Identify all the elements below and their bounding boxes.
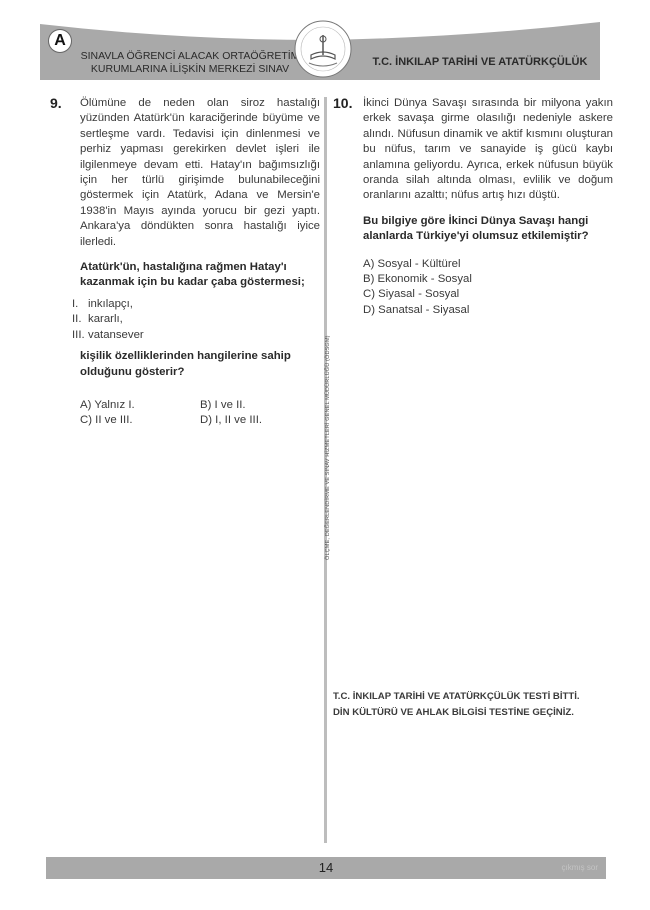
question-10: İkinci Dünya Savaşı sırasında bir milyon… bbox=[363, 96, 613, 318]
statement: II.kararlı, bbox=[72, 312, 320, 327]
option-d[interactable]: D) I, II ve III. bbox=[200, 413, 320, 428]
question-10-question: Bu bilgiye göre İkinci Dünya Savaşı hang… bbox=[363, 214, 613, 245]
option-d[interactable]: D) Sanatsal - Siyasal bbox=[363, 303, 613, 318]
exam-title: SINAVLA ÖĞRENCİ ALACAK ORTAÖĞRETİM KURUM… bbox=[70, 50, 310, 76]
option-a[interactable]: A) Sosyal - Kültürel bbox=[363, 257, 613, 272]
question-10-number: 10. bbox=[333, 95, 352, 111]
question-9-statements: I.inkılapçı, II.kararlı, III.vatansever bbox=[72, 297, 320, 343]
option-c[interactable]: C) II ve III. bbox=[80, 413, 200, 428]
question-9-options: A) Yalnız I. B) I ve II. C) II ve III. D… bbox=[80, 398, 320, 429]
question-10-stem: İkinci Dünya Savaşı sırasında bir milyon… bbox=[363, 96, 613, 204]
subject-title: T.C. İNKILAP TARİHİ VE ATATÜRKÇÜLÜK bbox=[360, 56, 600, 68]
option-a[interactable]: A) Yalnız I. bbox=[80, 398, 200, 413]
question-9-prompt: Atatürk'ün, hastalığına rağmen Hatay'ı k… bbox=[80, 260, 320, 291]
option-b[interactable]: B) I ve II. bbox=[200, 398, 320, 413]
test-end-note: T.C. İNKILAP TARİHİ VE ATATÜRKÇÜLÜK TEST… bbox=[333, 689, 580, 721]
statement: III.vatansever bbox=[72, 328, 320, 343]
option-c[interactable]: C) Siyasal - Sosyal bbox=[363, 287, 613, 302]
page-number: 14 bbox=[46, 860, 606, 875]
booklet-badge: A bbox=[49, 30, 71, 52]
side-label: ÖLÇME, DEĞERLENDİRME VE SINAV HİZMETLERİ… bbox=[325, 335, 331, 560]
question-9-question: kişilik özelliklerinden hangilerine sahi… bbox=[80, 349, 320, 380]
option-b[interactable]: B) Ekonomik - Sosyal bbox=[363, 272, 613, 287]
footer-watermark: çıkmış sor bbox=[562, 863, 598, 872]
question-9: Ölümüne de neden olan siroz hastalığı yü… bbox=[80, 96, 320, 429]
question-9-stem: Ölümüne de neden olan siroz hastalığı yü… bbox=[80, 96, 320, 250]
page-footer: 14 çıkmış sor bbox=[46, 857, 606, 879]
statement: I.inkılapçı, bbox=[72, 297, 320, 312]
question-10-options: A) Sosyal - Kültürel B) Ekonomik - Sosya… bbox=[363, 257, 613, 319]
question-9-number: 9. bbox=[50, 95, 62, 111]
meb-logo-icon bbox=[293, 19, 353, 79]
